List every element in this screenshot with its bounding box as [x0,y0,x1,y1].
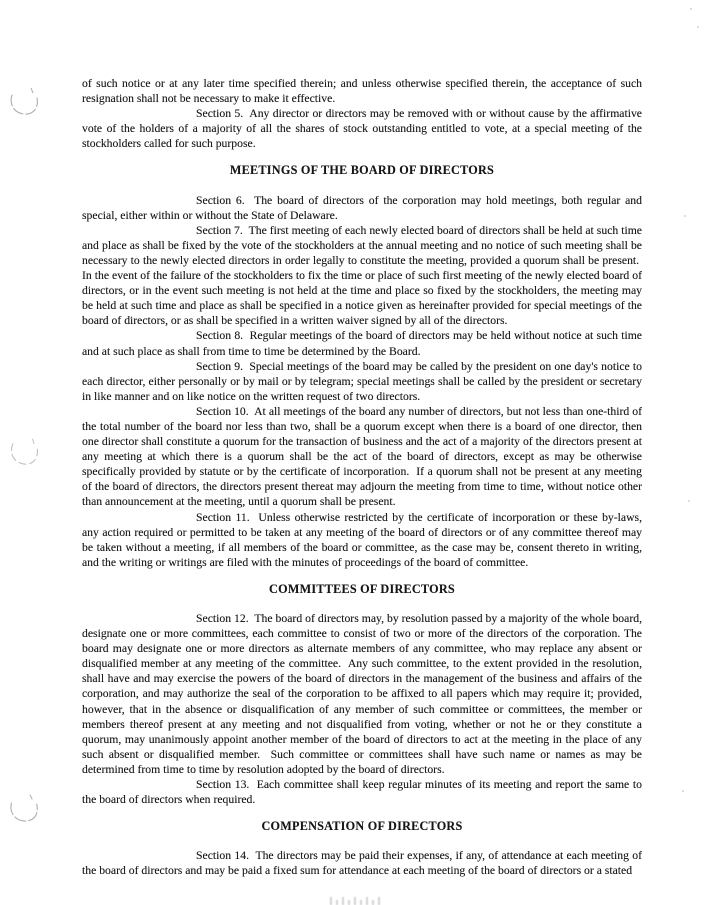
section-heading-meetings-of-the-board: MEETINGS OF THE BOARD OF DIRECTORS [82,163,642,178]
scan-noise-speck [688,500,690,502]
handwritten-margin-mark-icon [6,84,44,122]
scan-smudge-artifact [330,893,480,905]
body-paragraph-section-14: Section 14. The directors may be paid th… [82,848,642,878]
body-paragraph-section-13: Section 13. Each committee shall keep re… [82,777,642,807]
body-paragraph-section-8: Section 8. Regular meetings of the board… [82,328,642,358]
document-body: of such notice or at any later time spec… [82,76,642,879]
section-heading-compensation-of-directors: COMPENSATION OF DIRECTORS [82,819,642,834]
body-paragraph: of such notice or at any later time spec… [82,76,642,106]
scan-noise-speck [682,790,684,792]
body-paragraph-section-10: Section 10. At all meetings of the board… [82,404,642,510]
body-paragraph-section-6: Section 6. The board of directors of the… [82,193,642,223]
body-paragraph-section-12: Section 12. The board of directors may, … [82,611,642,777]
section-heading-committees-of-directors: COMMITTEES OF DIRECTORS [82,582,642,597]
body-paragraph-section-11: Section 11. Unless otherwise restricted … [82,510,642,570]
handwritten-margin-mark-icon [5,790,46,831]
scan-noise-speck [697,26,699,28]
scan-noise-speck [684,215,686,217]
body-paragraph-section-5: Section 5. Any director or directors may… [82,106,642,151]
document-page: of such notice or at any later time spec… [0,0,706,905]
scan-noise-speck [690,8,692,10]
body-paragraph-section-7: Section 7. The first meeting of each new… [82,223,642,329]
handwritten-margin-mark-icon [4,432,46,474]
body-paragraph-section-9: Section 9. Special meetings of the board… [82,359,642,404]
